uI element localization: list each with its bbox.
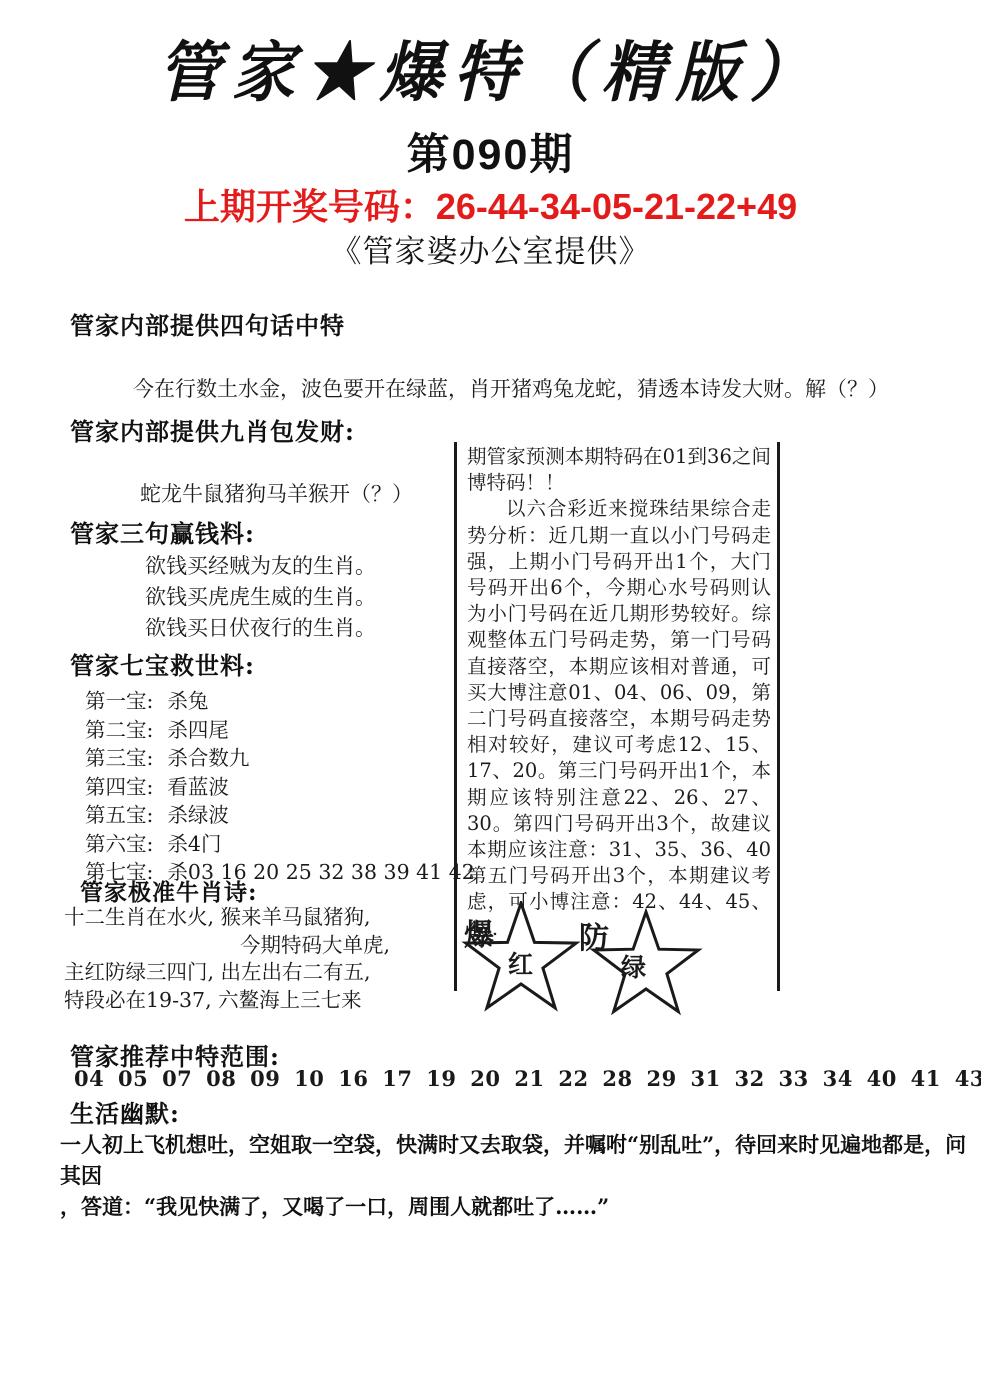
humor-line: 一人初上飞机想吐，空姐取一空袋，快满时又去取袋，并嘱咐“别乱吐”，待回来时见遍地… xyxy=(60,1129,976,1191)
treasure-label: 第五宝: xyxy=(85,801,153,830)
last-draw-numbers: 上期开奖号码：26-44-34-05-21-22+49 xyxy=(0,179,981,230)
masthead-title: 管家★爆特（精版） xyxy=(0,20,981,115)
three-sentences-list: 欲钱买经贼为友的生肖。 欲钱买虎虎生威的生肖。 欲钱买日伏夜行的生肖。 xyxy=(145,551,376,644)
treasure-label: 第二宝: xyxy=(85,716,153,745)
section-heading-nine-zodiac: 管家内部提供九肖包发财: xyxy=(70,412,355,447)
treasure-label: 第四宝: xyxy=(85,773,153,802)
star-label-lv: 绿 xyxy=(621,953,646,982)
section-heading-humor: 生活幽默: xyxy=(70,1094,180,1129)
section-heading-ox-poem: 管家极准牛肖诗: xyxy=(80,874,258,907)
four-sentences-body: 今在行数土水金，波色要开在绿蓝，肖开猪鸡兔龙蛇，猜透本诗发大财。解（？） xyxy=(133,373,889,403)
lottery-tip-sheet-page: 管家★爆特（精版） 第090期 上期开奖号码：26-44-34-05-21-22… xyxy=(0,0,981,1388)
treasure-value: 杀四尾 xyxy=(167,718,229,742)
treasure-value: 杀合数九 xyxy=(167,746,249,770)
section-heading-four-sentences: 管家内部提供四句话中特 xyxy=(70,306,345,341)
prediction-paragraph: 期管家预测本期特码在01到36之间博特码！！ xyxy=(467,444,771,496)
treasure-row: 第二宝:杀四尾 xyxy=(85,716,475,745)
seven-treasures-list: 第一宝:杀兔 第二宝:杀四尾 第三宝:杀合数九 第四宝:看蓝波 第五宝:杀绿波 … xyxy=(85,687,475,887)
recommend-numbers: 04 05 07 08 09 10 16 17 19 20 21 22 28 2… xyxy=(74,1066,981,1091)
treasure-label: 第一宝: xyxy=(85,687,153,716)
treasure-row: 第四宝:看蓝波 xyxy=(85,773,475,802)
treasure-row: 第一宝:杀兔 xyxy=(85,687,475,716)
treasure-row: 第五宝:杀绿波 xyxy=(85,801,475,830)
treasure-row: 第三宝:杀合数九 xyxy=(85,744,475,773)
poem-line: 今期特码大单虎, xyxy=(240,932,390,960)
three-sentences-line: 欲钱买经贼为友的生肖。 xyxy=(145,551,376,582)
treasure-label: 第六宝: xyxy=(85,830,153,859)
section-heading-three-sentences: 管家三句赢钱料: xyxy=(70,514,255,549)
treasure-value: 杀绿波 xyxy=(167,803,229,827)
star-label-bao: 爆 xyxy=(464,918,494,953)
humor-text: 一人初上飞机想吐，空姐取一空袋，快满时又去取袋，并嘱咐“别乱吐”，待回来时见遍地… xyxy=(60,1129,976,1222)
star-label-hong: 红 xyxy=(508,950,533,979)
three-sentences-line: 欲钱买虎虎生威的生肖。 xyxy=(145,582,376,613)
section-heading-seven-treasures: 管家七宝救世料: xyxy=(70,646,255,681)
issue-number: 第090期 xyxy=(0,121,981,182)
star-label-fang: 防 xyxy=(579,921,609,956)
poem-line: 十二生肖在水火, 猴来羊马鼠猪狗, xyxy=(64,904,390,932)
nine-zodiac-body: 蛇龙牛鼠猪狗马羊猴开（？） xyxy=(140,478,413,508)
red-green-stars-graphic: 爆 红 防 绿 xyxy=(456,901,780,1023)
prediction-paragraph: 以六合彩近来搅珠结果综合走势分析：近几期一直以小门号码走强，上期小门号码开出1个… xyxy=(467,496,771,941)
provider-line: 《管家婆办公室提供》 xyxy=(0,226,981,271)
treasure-value: 杀4门 xyxy=(167,832,221,856)
treasure-row: 第六宝:杀4门 xyxy=(85,830,475,859)
poem-line: 特段必在19-37, 六鳌海上三七来 xyxy=(64,987,390,1015)
poem-line: 主红防绿三四门, 出左出右二有五, xyxy=(64,959,390,987)
three-sentences-line: 欲钱买日伏夜行的生肖。 xyxy=(145,613,376,644)
treasure-value: 看蓝波 xyxy=(167,775,229,799)
ox-poem: 十二生肖在水火, 猴来羊马鼠猪狗, 今期特码大单虎, 主红防绿三四门, 出左出右… xyxy=(64,904,390,1014)
treasure-value: 杀兔 xyxy=(167,689,208,713)
treasure-label: 第三宝: xyxy=(85,744,153,773)
humor-line: ，答道：“我见快满了，又喝了一口，周围人就都吐了……” xyxy=(60,1191,976,1222)
